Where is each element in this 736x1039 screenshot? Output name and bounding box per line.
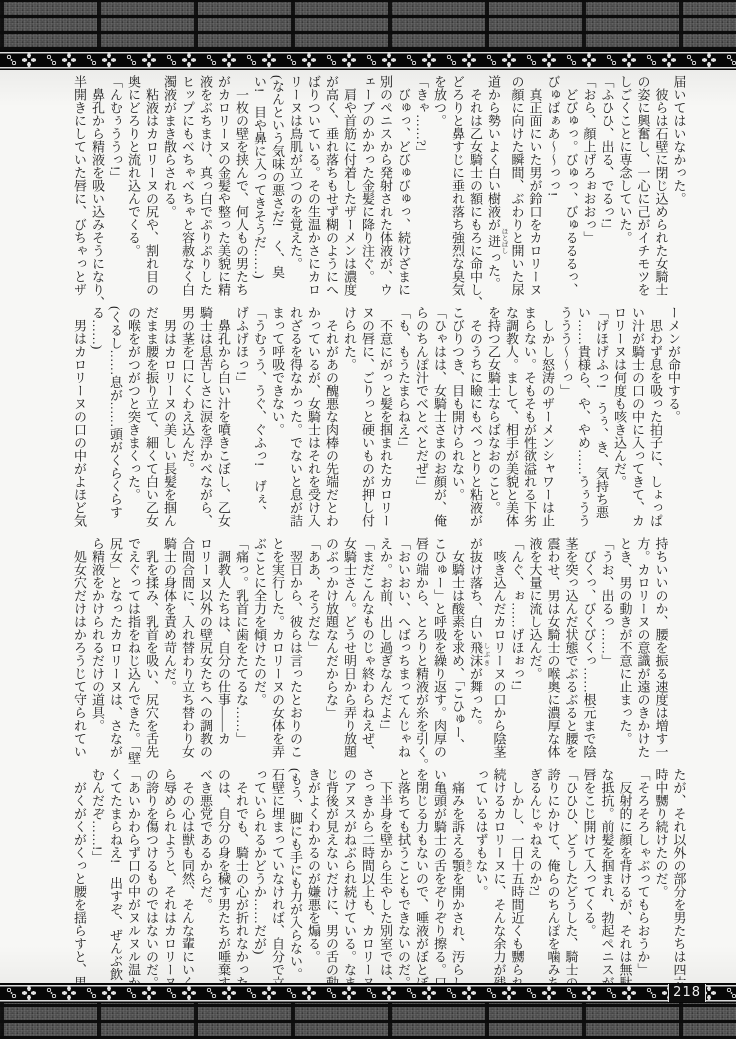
text-column: たが、それ以外の部分を男たちは四六 [670, 768, 688, 985]
text-column: きがよくわかるのが嫌悪を煽る。 [304, 768, 322, 985]
text-column: がカロリーヌの金髪や整った美貌に精 [214, 75, 232, 292]
text-column: リーヌは鳥肌が立つのを覚えた。 [286, 75, 304, 292]
text-band-4: たが、それ以外の部分を男たちは四六時中嬲り続けたのだ。「そろそろしゃぶってもらお… [70, 768, 688, 985]
text-column: まって呼吸できない。 [268, 306, 286, 523]
text-column: さっきから二時間以上も、カロリーヌ [358, 768, 376, 985]
text-column: らのちんぽ汁でべとべとだぜ!」 [412, 306, 430, 523]
text-column: のは、自分の身を穢す男たちが唾棄す [214, 768, 232, 985]
text-column: 唇をこじ開けて入ってくる。 [580, 768, 598, 985]
text-column: かっているが、女騎士はそれを受け入 [304, 306, 322, 523]
text-column: だまま腰を振り立て、細くて白い乙女 [142, 306, 160, 523]
text-column: のアヌスがねぶられ続けている。なま [340, 768, 358, 985]
text-column: 「きゃ……?」 [412, 75, 430, 292]
text-column: ロリーヌ以外の壁尻女たちへの調教の [196, 537, 214, 754]
text-column: 時中嬲り続けたのだ。 [652, 768, 670, 985]
text-column: しかし、一日十五時間近くも嬲られ [508, 768, 526, 985]
text-column: 「うむぅう、うぐ、ぐふっ! げぇ、 [250, 306, 268, 523]
text-column: 一枚の壁を挟んで、何人もの男たち [232, 75, 250, 292]
text-column: 騎士は息苦しさに涙を浮かべながら、 [196, 306, 214, 523]
text-column: それでも、騎士の心が折れなかった [232, 768, 250, 985]
text-column: 彼らは石壁に閉じ込められた女騎士 [652, 75, 670, 292]
text-column: を閉じる力もないので、唾液がぼとぼ [412, 768, 430, 985]
text-column: が抜け落ち、白い飛沫しぶきが舞った。 [466, 537, 490, 754]
text-column: ばりついている。その生温かさにカロ [304, 75, 322, 292]
text-column: 鼻孔から精液を吸い込みそうになり、 [88, 75, 106, 292]
text-column: の誇りを傷つけるものではないのだ。 [142, 768, 160, 985]
text-column: 男はカロリーヌの美しい長髪を掴ん [160, 306, 178, 523]
text-column: 女騎士は酸素を求め、「こひゅー、 [448, 537, 466, 754]
text-column: 持ちいいのか、腰を振る速度は増す一 [652, 537, 670, 754]
text-column: る……) [88, 306, 106, 523]
text-column: ーメンが命中する。 [664, 306, 682, 523]
text-column: を放つ。 [430, 75, 448, 292]
text-column: 肩や首筋に付着したザーメンは濃度 [340, 75, 358, 292]
text-column: でえぐっては指をねじ込んできた。「壁 [124, 537, 142, 754]
text-column: ぶことに全力を傾けたのだ。 [250, 537, 268, 754]
text-column: 「あいかわらず口の中がヌルヌル温か [124, 768, 142, 985]
text-column: 「ふひひ、出る、でるっ!」 [598, 75, 616, 292]
text-column: とを実行した。カロリーヌの女体を弄 [268, 537, 286, 754]
text-column: 「痛っ。乳首に歯をたてるな……」 [232, 537, 250, 754]
text-column: 「まだこんなものじゃ終わらねえぜ、 [358, 537, 376, 754]
text-column: 「ああ、そうだな」 [304, 537, 322, 754]
text-column: 「も、もうたまらねえ!」 [394, 306, 412, 523]
text-column: その心は獣も同然、そんな輩にいく [178, 768, 196, 985]
text-band-3: 持ちいいのか、腰を振る速度は増す一方。カロリーヌの意識が遠のきかけたとき、男の動… [70, 537, 670, 754]
text-column: い汁が騎士の口の中に入ってきて、カ [628, 306, 646, 523]
text-column: 液を大量に流し込んだ。 [526, 537, 544, 754]
text-column: こひゅー」と呼吸を繰り返す。肉厚の [430, 537, 448, 754]
text-column: 「おいおい、へばっちまってんじゃね [394, 537, 412, 754]
text-column: 鼻孔から白い汁を噴きこぼし、乙女 [214, 306, 232, 523]
text-column: ぎるんじゃねえのか?」 [526, 768, 544, 985]
text-column: 届いてはいなかった。 [670, 75, 688, 292]
text-column: 騎士の身体を責め苛んだ。 [160, 537, 178, 754]
text-column: びくっ、びくびくっ……根元まで陰 [580, 537, 598, 754]
text-column: げふげほっ!」 [232, 306, 250, 523]
text-column: の姿に興奮し、一心に己がイチモツを [634, 75, 652, 292]
text-column: 男の茎を口にくわえ込んだ。 [178, 306, 196, 523]
text-column: どろりと鼻すじに垂れ落ち強烈な臭気 [448, 75, 466, 292]
text-column: 粘液はカロリーヌの尻や、割れ目の [142, 75, 160, 292]
text-column: 合間合間に、入れ替わり立ち替わり女 [178, 537, 196, 754]
text-column: それがあの醜悪な肉棒の先端だとわ [322, 306, 340, 523]
text-column: と落ちても拭うこともできないのだ。 [394, 768, 412, 985]
text-column: がくがくがくっと腰を揺らすと、男 [70, 768, 88, 985]
text-column: ェーブのかかった金髪に降り注ぐ。 [358, 75, 376, 292]
text-column: くてたまらねえ! 出すぞ、ぜんぶ飲 [106, 768, 124, 985]
text-column: 不意にがっと髪を掴まれたカロリー [376, 306, 394, 523]
text-column: の喉をがつがつと突きまくった。 [124, 306, 142, 523]
text-column: そのうちに瞼にもべっとりと粘液が [466, 306, 484, 523]
text-column: 「おら、顔上げろぉおおっ」 [580, 75, 598, 292]
text-column: それは乙女騎士の額にもろに命中し、 [466, 75, 484, 292]
text-column: 「げほげふっ! うぅ、き、気持ち悪 [592, 306, 610, 523]
text-column: 女騎士さん。どうせ明日から弄り放題 [340, 537, 358, 754]
text-column: 石壁に埋まっていなければ、自分で立 [268, 768, 286, 985]
text-column: い! 目や鼻に入ってきそうだ……) [250, 75, 268, 292]
text-column: のぶっかけ放題なんだからな」 [322, 537, 340, 754]
text-column: びゅっ、どびゅびゅっ、続けざまに [394, 75, 412, 292]
text-column: 下半身を壁から生やした別室では、 [376, 768, 394, 985]
stone-brick-border-top [0, 0, 736, 50]
text-column: 「ひゃはは、女騎士さまのお顔が、俺 [430, 306, 448, 523]
text-column: 「そろそろしゃぶってもらおうか」 [634, 768, 652, 985]
text-column: 真正面にいた男が鈴口をカロリーヌ [526, 75, 544, 292]
text-column: (なんという気味の悪さだ! く、臭 [268, 75, 286, 292]
page-number: 218 [668, 984, 706, 1002]
text-column: ううう〜〜っ」 [556, 306, 574, 523]
text-column: 「んぐ、ぉ……げほぉっ!」 [508, 537, 526, 754]
text-column: まらない。そもそもが性欲溢れる下劣 [520, 306, 538, 523]
text-column: どびゅっ。びゅっ、びゅるるるっ、 [562, 75, 580, 292]
text-column: 奥にどろりと流れ込んでくる。 [124, 75, 142, 292]
text-column: (もう、脚にも手にも力が入らない。 [286, 768, 304, 985]
text-column: い亀頭が騎士の舌をぞりぞり擦る。口 [430, 768, 448, 985]
text-column: 乳を揉み、乳首を吸い、尻穴を舌先 [142, 537, 160, 754]
text-column: 痛みを訴える顎あごを開かされ、汚らし [448, 768, 472, 985]
text-column: の顔に向けた瞬間、ぶわりと開いた尿 [508, 75, 526, 292]
text-column: ロリーヌは何度も咳き込んだ。 [610, 306, 628, 523]
text-column: 男はカロリーヌの口の中がよほど気 [70, 306, 88, 523]
text-column: っているはずもない。 [472, 768, 490, 985]
text-column: れざるを得なかった。でないと息が詰 [286, 306, 304, 523]
text-column: 咳き込んだカロリーヌの口から陰茎 [490, 537, 508, 754]
text-column: な調教人。まして、相手が美貌と美体 [502, 306, 520, 523]
text-column: 誇りにかけて、俺らのちんぽを噛みち [544, 768, 562, 985]
text-column: とき、男の動きが不意に止まった。 [616, 537, 634, 754]
text-column: 「んむぅううっ!」 [106, 75, 124, 292]
text-column: 反射的に顔を背けるが、それは無駄 [616, 768, 634, 985]
text-column: 別のペニスから発射された体液が、ウ [376, 75, 394, 292]
text-column: 液をぶちまけ、真っ白でぷりぷりした [196, 75, 214, 292]
page-body: 届いてはいなかった。 彼らは石壁に閉じ込められた女騎士の姿に興奮し、一心に己がイ… [0, 70, 736, 983]
ornament-border-top [0, 50, 736, 70]
text-column: 続けるカロリーヌに、そんな余力が残 [490, 768, 508, 985]
text-column: 道から勢いよく白い樹液が迸ほとばしった。 [484, 75, 508, 292]
text-column: ら辱められようと、それはカロリーヌ [160, 768, 178, 985]
text-column: ヒップにもべちゃべちゃと容赦なく白 [178, 75, 196, 292]
text-column: 「ひひひ、どうしたどうした、騎士の [562, 768, 580, 985]
text-column: 震わせ、男は女騎士の喉奥に濃厚な体 [544, 537, 562, 754]
text-column: い……貴様ら、や、やめ……うぅうう [574, 306, 592, 523]
text-column: びゅばぁあ〜〜っっ! [544, 75, 562, 292]
ornament-border-bottom: 218 [0, 983, 736, 1003]
text-column: ら精液をかけられるだけの道具。 [88, 537, 106, 754]
text-column: けられた。 [340, 306, 358, 523]
text-column: べき悪党であるからだ。 [196, 768, 214, 985]
text-column: むんだぞ……!」 [88, 768, 106, 985]
text-column: ヌの唇に、ごりっと硬いものが押し付 [358, 306, 376, 523]
text-column: 処女穴だけはかろうじて守られてい [70, 537, 88, 754]
text-column: (くるし……息が……頭がくらくらす [106, 306, 124, 523]
text-column: 調教人たちは、自分の仕事――カ [214, 537, 232, 754]
text-column: 尻女」となったカロリーヌは、さなが [106, 537, 124, 754]
text-band-2: ーメンが命中する。 思わず息を吸った拍子に、しょっぱい汁が騎士の口の中に入ってき… [70, 306, 682, 523]
text-column: 半開きにしていた唇に、びちゃっとザ [70, 75, 88, 292]
text-band-1: 届いてはいなかった。 彼らは石壁に閉じ込められた女騎士の姿に興奮し、一心に己がイ… [70, 75, 688, 292]
text-column: 「うお、出るっ……」 [598, 537, 616, 754]
text-column: 唇の端から、とろりと精液が糸を引く。 [412, 537, 430, 754]
text-column: が高く、垂れ落ちもせず糊のようにへ [322, 75, 340, 292]
text-column: えか。お前、出し過ぎなんだよ!」 [376, 537, 394, 754]
text-column: しかし怒涛のザーメンシャワーは止 [538, 306, 556, 523]
text-column: な抵抗。前髪を掴まれ、勃起ペニスが [598, 768, 616, 985]
text-column: 翌日から、彼らは言ったとおりのこ [286, 537, 304, 754]
text-column: こびりつき、目も開けられない。 [448, 306, 466, 523]
book-page: 届いてはいなかった。 彼らは石壁に閉じ込められた女騎士の姿に興奮し、一心に己がイ… [0, 0, 736, 1039]
text-column: 茎を突っ込んだ状態でぶるぶると腰を [562, 537, 580, 754]
text-column: を持つ乙女騎士ならばなおのこと。 [484, 306, 502, 523]
text-column: 方。カロリーヌの意識が遠のきかけた [634, 537, 652, 754]
text-column: 思わず息を吸った拍子に、しょっぱ [646, 306, 664, 523]
text-column: じ背後が見えないだけに、男の舌の動 [322, 768, 340, 985]
text-column: しごくことに専念していた。 [616, 75, 634, 292]
text-column: 濁液がまき散らされる。 [160, 75, 178, 292]
stone-brick-border-bottom [0, 1003, 736, 1039]
text-column: っていられるかどうか……だが) [250, 768, 268, 985]
